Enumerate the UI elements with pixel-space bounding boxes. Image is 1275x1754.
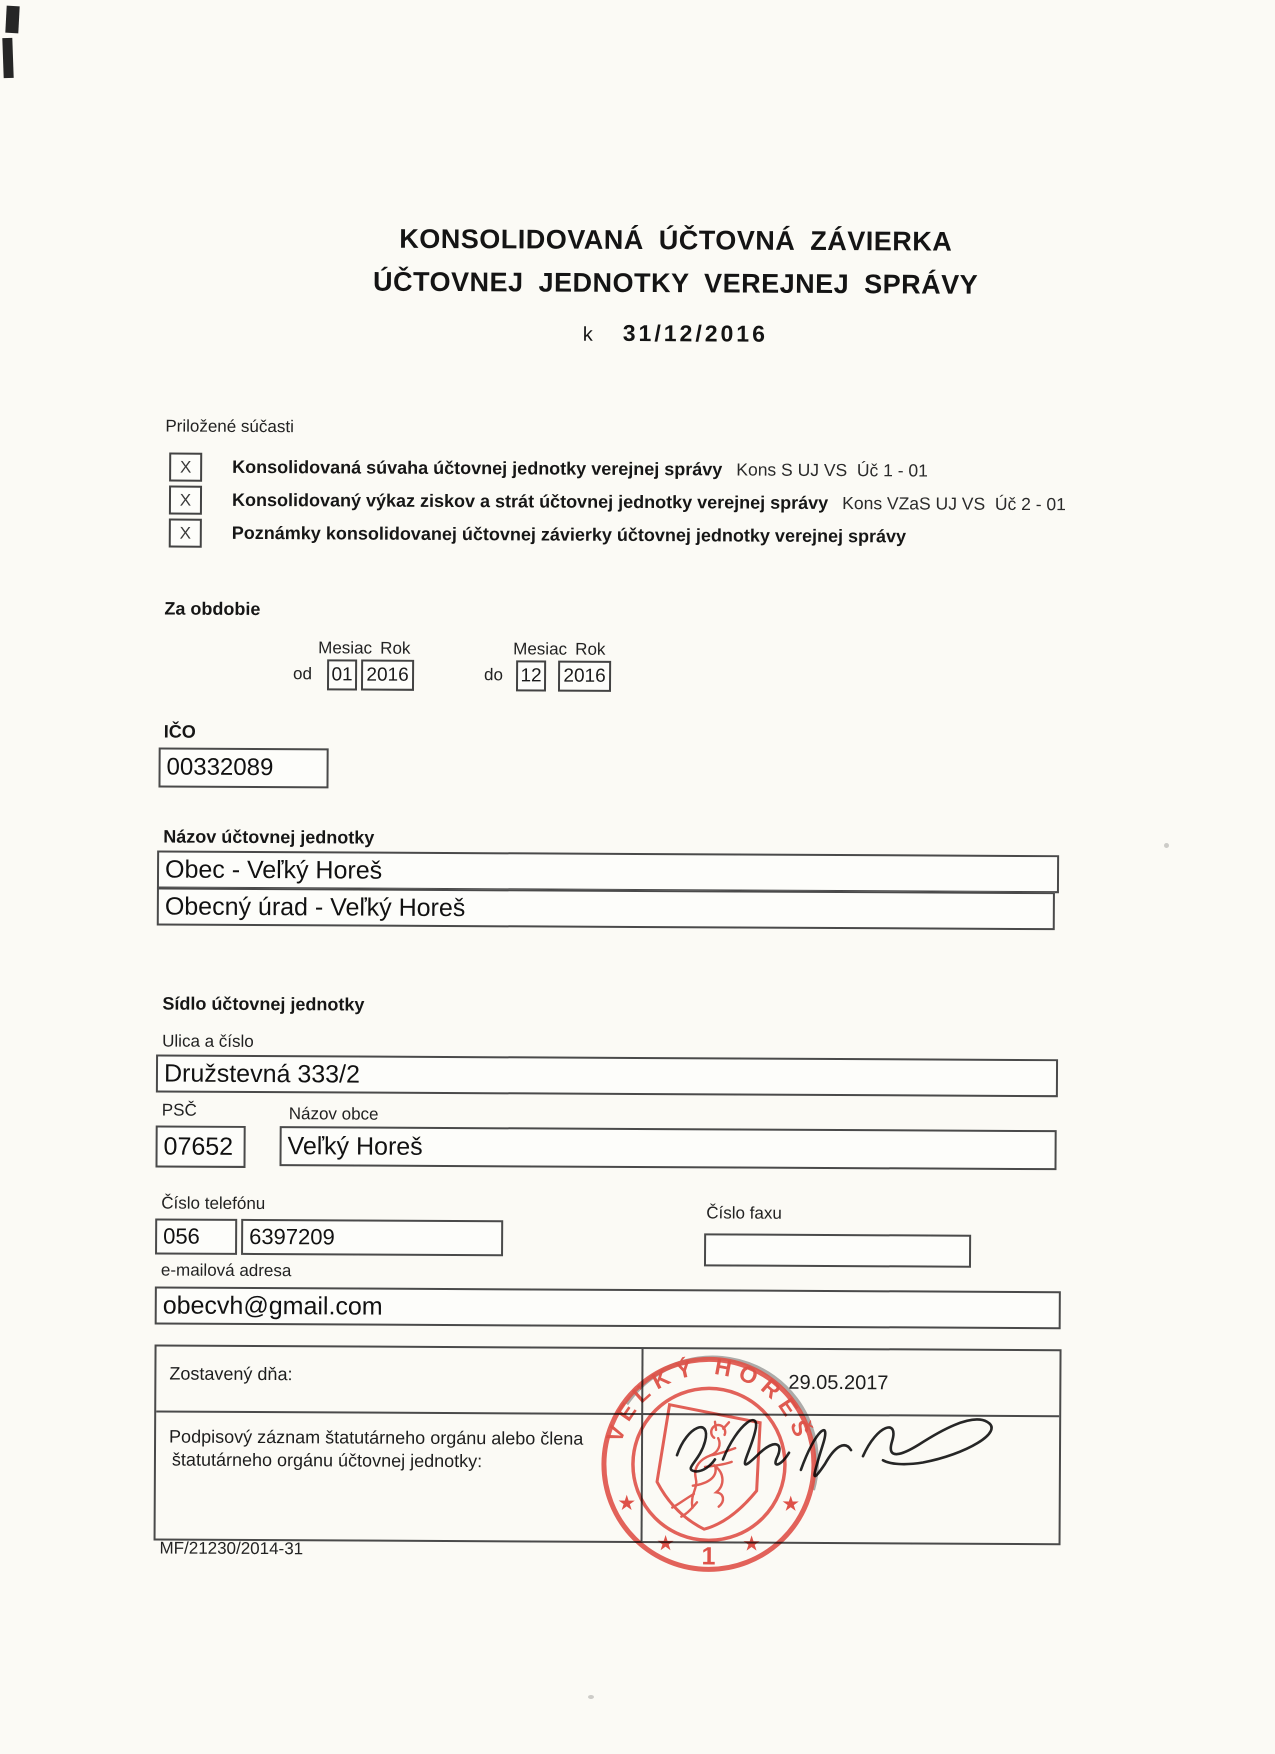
street-value-box: Družstevná 333/2 [156,1054,1058,1097]
email-value-box: obecvh@gmail.com [155,1286,1061,1329]
star-icon: ★ [781,1493,800,1516]
period-from-year-box: 2016 [361,660,414,691]
attachment-checkbox: X [169,486,202,515]
report-date-prefix: k [583,324,593,346]
page-title-line1: KONSOLIDOVANÁ ÚČTOVNÁ ZÁVIERKA [73,222,1275,259]
checkbox-x-mark: X [180,490,191,510]
fax-value-box [704,1233,971,1267]
attachment-checkbox: X [169,519,202,548]
period-to-label: do [484,665,503,685]
phone-prefix-box: 056 [155,1218,237,1254]
zip-label: PSČ [162,1100,197,1120]
attachment-form-code: Kons VZaS UJ VS Úč 2 - 01 [842,493,1066,515]
phone-label: Číslo telefónu [161,1193,265,1214]
month-column-label: Mesiac [513,639,567,659]
signatory-label-line1: Podpisový záznam štatutárneho orgánu ale… [169,1427,583,1450]
period-to-month-box: 12 [516,660,546,691]
attachment-row: X Poznámky konsolidovanej účtovnej závie… [169,519,920,552]
municipality-value-box: Veľký Horeš [279,1126,1056,1170]
municipality-label: Názov obce [289,1104,379,1124]
registered-office-heading: Sídlo účtovnej jednotky [162,994,364,1016]
attachment-checkbox: X [169,453,202,482]
period-heading: Za obdobie [164,599,260,621]
ico-label: IČO [164,722,196,743]
period-from-month-box: 01 [327,659,357,690]
attachment-label: Poznámky konsolidovanej účtovnej závierk… [232,523,906,548]
phone-number-box: 6397209 [241,1219,503,1256]
attachment-row: X Konsolidovaný výkaz ziskov a strát účt… [169,486,1066,520]
zip-value-box: 07652 [155,1125,245,1167]
compiled-on-label: Zostavený dňa: [169,1364,292,1386]
page-title-line2: ÚČTOVNEJ JEDNOTKY VEREJNEJ SPRÁVY [73,265,1275,302]
signatory-label-line2: štatutárneho orgánu účtovnej jednotky: [172,1450,482,1473]
attachment-label: Konsolidovaný výkaz ziskov a strát účtov… [232,490,828,514]
signature-scribble [665,1383,1016,1497]
year-column-label: Rok [575,640,605,660]
entity-name-label: Názov účtovnej jednotky [163,827,374,849]
checkbox-x-mark: X [180,523,191,543]
ico-value-box: 00332089 [158,747,328,788]
period-to-year-box: 2016 [558,661,611,692]
attachment-row: X Konsolidovaná súvaha účtovnej jednotky… [169,453,928,486]
month-column-label: Mesiac [318,638,372,658]
scanned-form-page: KONSOLIDOVANÁ ÚČTOVNÁ ZÁVIERKA ÚČTOVNEJ … [0,0,1275,1754]
star-icon: ★ [656,1532,675,1555]
form-code: MF/21230/2014-31 [159,1538,303,1559]
star-icon: ★ [742,1533,761,1556]
report-date-line: k31/12/2016 [73,317,1275,350]
checkbox-x-mark: X [180,457,191,477]
entity-name-line1-box: Obec - Veľký Horeš [157,850,1059,893]
fax-label: Číslo faxu [706,1203,782,1223]
attachment-form-code: Kons S UJ VS Úč 1 - 01 [736,459,928,481]
report-date: 31/12/2016 [623,320,768,347]
attachments-heading: Priložené súčasti [165,417,294,438]
attachment-label: Konsolidovaná súvaha účtovnej jednotky v… [232,457,722,481]
street-label: Ulica a číslo [162,1032,254,1052]
period-from-label: od [293,664,312,684]
entity-name-line2-box: Obecný úrad - Veľký Horeš [157,887,1055,930]
year-column-label: Rok [380,639,410,659]
star-icon: ★ [617,1492,636,1515]
stamp-number: 1 [701,1542,715,1570]
email-label: e-mailová adresa [161,1260,292,1281]
